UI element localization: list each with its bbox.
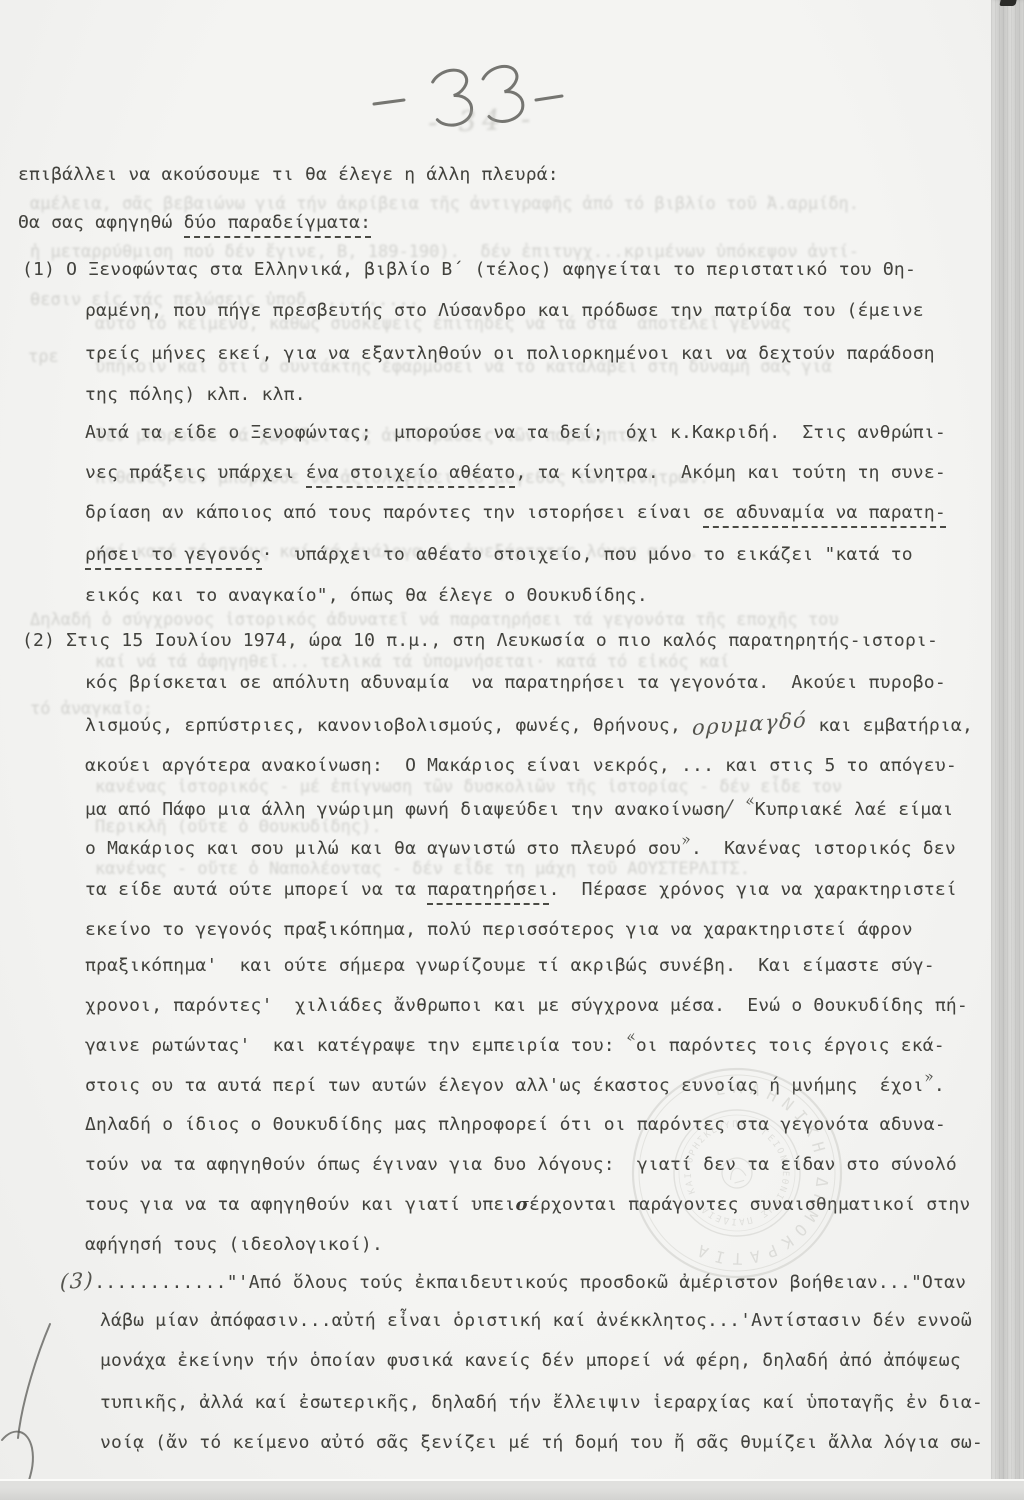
text-segment: νες πράξεις υπάρχει: [85, 462, 306, 483]
text-segment: αφήγησή τους (ιδεολογικοί).: [85, 1234, 383, 1255]
handwritten-word: /: [725, 795, 734, 822]
scanned-typewritten-page: αμέλεια, σᾶς βεβαιώνω γιά τήν ἀκρίβεια τ…: [0, 0, 1024, 1500]
text-segment: τρε: [28, 347, 59, 367]
text-segment: δρίαση αν κάποιος από τους παρόντες την …: [85, 502, 703, 523]
typewritten-line: εκείνο το γεγονός πραξικόπημα, πολύ περι…: [85, 917, 913, 943]
typewritten-line: νοίᾳ (ἄν τό κείμενο αὐτό σᾶς ξενίζει μέ …: [100, 1430, 983, 1456]
typewritten-line: δρίαση αν κάποιος από τους παρόντες την …: [85, 500, 946, 526]
text-segment: χρονοι, παρόντες' χιλιάδες ἄνθρωποι και …: [85, 995, 968, 1016]
typewritten-line: νες πράξεις υπάρχει ένα στοιχείο αθέατο,…: [85, 460, 946, 486]
typewritten-line: Θα σας αφηγηθώ δύο παραδείγματα:: [18, 210, 371, 236]
text-segment: Κυπριακέ λαέ είμαι: [755, 799, 954, 820]
text-segment: (1) Ο Ξενοφώντας στα Ελληνικά, βιβλίο Β΄…: [22, 259, 916, 280]
typewritten-line: μα από Πάφο μια άλλη γνώριμη φωνή διαψεύ…: [85, 795, 953, 823]
text-segment: , τα κίνητρα. Ακόμη και τούτη τη συνε-: [515, 462, 945, 483]
ghost-page-number: - 34 -: [427, 102, 536, 139]
underlined-phrase: δύο παραδείγματα:: [184, 212, 372, 238]
typewritten-line: πραξικόπημα' και ούτε σήμερα γνωρίζουμε …: [85, 953, 935, 979]
text-segment: ακούει αργότερα ανακοίνωση: Ο Μακάριος ε…: [85, 755, 957, 776]
typewritten-line: της πόλης) κλπ. κλπ.: [85, 382, 306, 408]
typewritten-line: μονάχα ἐκείνην τήν ὁποίαν φυσικά κανείς …: [100, 1348, 961, 1374]
text-segment: μα από Πάφο μια άλλη γνώριμη φωνή διαψεύ…: [85, 799, 725, 820]
text-segment: εκείνο το γεγονός πραξικόπημα, πολύ περι…: [85, 919, 913, 940]
stamp-inner-text: ΥΠΟΥΡΓΕΙΟΝ ΕΘΝΙΚΗΣ ΠΑΙΔΕΙΑΣ ΚΑΙ ΘΡΗΣΚΕΥΜ…: [672, 1108, 802, 1238]
handwritten-word: (3): [60, 1267, 95, 1296]
text-segment: κός βρίσκεται σε απόλυτη αδυναμία να παρ…: [85, 672, 946, 693]
text-segment: γαινε ρωτώντας' και κατέγραψε την εμπειρ…: [85, 1035, 626, 1056]
text-segment: καί νά τά ἀφηγηθεῖ... τελικά τά ὑπομνήσε…: [95, 652, 730, 672]
handwritten-word: ορυμαγδό: [692, 707, 808, 741]
text-segment: λάβω μίαν ἀπόφασιν...αὐτή εἶναι ὁριστική…: [100, 1310, 972, 1331]
typewritten-line: ο Μακάριος και σου μιλώ και θα αγωνιστώ …: [85, 836, 956, 862]
typewritten-line: (2) Στις 15 Ιουλίου 1974, ώρα 10 π.μ., σ…: [22, 628, 938, 654]
text-segment: κανένας - οὔτε ὁ Ναπολέοντας - δέν εἶδε …: [95, 859, 750, 879]
typewritten-line: λάβω μίαν ἀπόφασιν...αὐτή εἶναι ὁριστική…: [100, 1308, 972, 1334]
text-segment: εικός και το αναγκαίο", όπως θα έλεγε ο …: [85, 585, 648, 606]
text-segment: Δηλαδή ὁ σύγχρονος ἱστορικός ἀδυνατεῖ νά…: [30, 610, 839, 630]
text-segment: νοίᾳ (ἄν τό κείμενο αὐτό σᾶς ξενίζει μέ …: [100, 1432, 983, 1453]
typewritten-line: τρείς μήνες εκεί, για να εξαντληθούν οι …: [85, 341, 935, 367]
underlined-phrase: σε αδυναμία να παρατη-: [703, 502, 946, 528]
underlined-phrase: ρήσει το γεγονός: [85, 544, 262, 570]
typewritten-line: αφήγησή τους (ιδεολογικοί).: [85, 1232, 383, 1258]
scan-edge-right: [991, 0, 1024, 1500]
typewritten-line: ραμένη, που πήγε πρεσβευτής στο Λύσανδρο…: [85, 298, 924, 324]
text-segment: λισμούς, ερπύστριες, κανονιοβολισμούς, φ…: [85, 715, 692, 736]
text-segment: (2) Στις 15 Ιουλίου 1974, ώρα 10 π.μ., σ…: [22, 630, 938, 651]
text-segment: Θα σας αφηγηθώ: [18, 212, 184, 233]
typewritten-line: εικός και το αναγκαίο", όπως θα έλεγε ο …: [85, 583, 648, 609]
text-segment: ραμένη, που πήγε πρεσβευτής στο Λύσανδρο…: [85, 300, 924, 321]
typewritten-line: ακούει αργότερα ανακοίνωση: Ο Μακάριος ε…: [85, 753, 957, 779]
text-segment: τυπικῆς, ἀλλά καί ἐσωτερικῆς, δηλαδή τήν…: [100, 1392, 983, 1413]
typewritten-line: ρήσει το γεγονός· υπάρχει το αθέατο στοι…: [85, 542, 913, 568]
text-segment: πραξικόπημα' και ούτε σήμερα γνωρίζουμε …: [85, 955, 935, 976]
underlined-phrase: παρατηρήσει: [427, 879, 548, 905]
scan-corner-mark: [999, 0, 1016, 6]
typewritten-line: τα είδε αυτά ούτε μπορεί να τα παρατηρήσ…: [85, 877, 957, 903]
text-segment: τρείς μήνες εκεί, για να εξαντληθούν οι …: [85, 343, 935, 364]
text-segment: και εμβατήρια,: [807, 715, 973, 736]
handwritten-correction: σ: [515, 1194, 528, 1215]
text-segment: της πόλης) κλπ. κλπ.: [85, 384, 306, 405]
bleedthrough-line: τρε: [28, 345, 59, 369]
text-segment: τα είδε αυτά ούτε μπορεί να τα: [85, 879, 427, 900]
typewritten-line: λισμούς, ερπύστριες, κανονιοβολισμούς, φ…: [85, 711, 973, 739]
text-segment: επιβάλλει να ακούσουμε τι θα έλεγε η άλλ…: [18, 164, 559, 185]
underlined-phrase: ένα στοιχείο αθέατο: [306, 462, 516, 488]
typewritten-line: Αυτά τα είδε ο Ξενοφώντας; μπορούσε να τ…: [85, 420, 946, 446]
stamp-emblem: [719, 1155, 756, 1192]
scan-edge-bottom: [0, 1479, 1024, 1500]
ministry-stamp: ΕΛΛΗΝΙΚΗ ΔΗΜΟΚΡΑΤΙΑ ΥΠΟΥΡΓΕΙΟΝ ΕΘΝΙΚΗΣ Π…: [622, 1056, 852, 1291]
typewritten-line: χρονοι, παρόντες' χιλιάδες ἄνθρωποι και …: [85, 993, 968, 1019]
text-segment: τους για να τα αφηγηθούν και γιατί υπει: [85, 1194, 515, 1215]
text-segment: Αυτά τα είδε ο Ξενοφώντας; μπορούσε να τ…: [85, 422, 946, 443]
text-segment: οι παρόντες τοις έργοις εκά-: [636, 1035, 945, 1056]
typewritten-line: (1) Ο Ξενοφώντας στα Ελληνικά, βιβλίο Β΄…: [22, 257, 916, 283]
typewritten-line: τυπικῆς, ἀλλά καί ἐσωτερικῆς, δηλαδή τήν…: [100, 1390, 983, 1416]
margin-pencil-mark: [0, 1318, 64, 1488]
text-segment: . Κανένας ιστορικός δεν: [691, 838, 956, 859]
stamp-outer-text: ΕΛΛΗΝΙΚΗ ΔΗΜΟΚΡΑΤΙΑ: [646, 1056, 852, 1283]
text-segment: . Πέρασε χρόνος για να χαρακτηριστεί: [549, 879, 957, 900]
text-segment: μονάχα ἐκείνην τήν ὁποίαν φυσικά κανείς …: [100, 1350, 961, 1371]
typewritten-line: κός βρίσκεται σε απόλυτη αδυναμία να παρ…: [85, 670, 946, 696]
text-segment: ο Μακάριος και σου μιλώ και θα αγωνιστώ …: [85, 838, 681, 859]
typewritten-line: επιβάλλει να ακούσουμε τι θα έλεγε η άλλ…: [18, 162, 559, 188]
text-segment: · υπάρχει το αθέατο στοιχείο, που μόνο τ…: [262, 544, 913, 565]
text-segment: [734, 799, 745, 820]
